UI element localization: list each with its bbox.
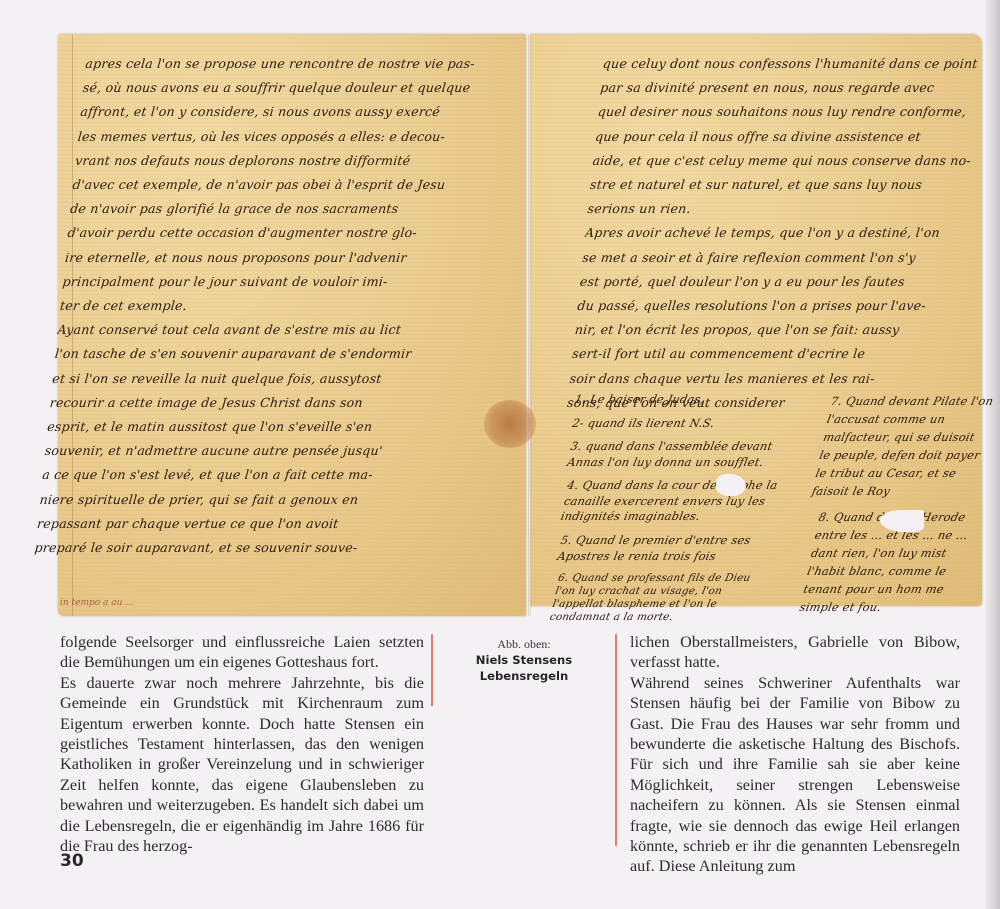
manuscript-line: ter de cet exemple. — [59, 294, 462, 318]
manuscript-line: ire eternelle, et nous nous proposons po… — [64, 246, 467, 270]
manuscript-line: sert-il fort util au commencement d'ecri… — [571, 342, 994, 366]
manuscript-line: esprit, et le matin aussitost que l'on s… — [46, 415, 449, 439]
list-item: 7.Quand devant Pilate l'on l'accusat com… — [810, 392, 998, 500]
paper-tear — [880, 510, 924, 532]
caption-rule-right — [615, 634, 617, 846]
list-item: 2-quand ils lierent N.S. — [571, 416, 789, 432]
manuscript-line: se met a seoir et à faire reflexion comm… — [581, 246, 1000, 270]
manuscript-margin-note: in tempo a au ... — [60, 598, 134, 608]
figure-caption: Abb. oben: Niels Stensens Lebensregeln — [432, 636, 616, 684]
list-item: 3.quand dans l'assemblée devant Annas l'… — [566, 439, 788, 470]
paragraph: Es dauerte zwar noch mehrere Jahrzehnte,… — [60, 673, 424, 857]
manuscript-line: quel desirer nous souhaitons nous luy re… — [596, 100, 1000, 124]
body-text-left-column: folgende Seelsorger und einflussreiche L… — [60, 632, 424, 856]
manuscript-line: soir dans chaque vertu les manieres et l… — [568, 367, 991, 391]
page-number: 30 — [60, 851, 84, 871]
manuscript-left-text: apres cela l'on se propose une rencontre… — [33, 52, 486, 560]
manuscript-line: repassant par chaque vertue ce que l'on … — [36, 512, 439, 536]
manuscript-line: recourir a cette image de Jesus Christ d… — [49, 391, 452, 415]
manuscript-line: que celuy dont nous confessons l'humanit… — [602, 52, 1000, 76]
manuscript-line: niere spirituelle de prier, qui se fait … — [38, 488, 441, 512]
manuscript-fold — [528, 34, 531, 616]
paragraph: lichen Oberstallmeisters, Gabrielle von … — [630, 632, 960, 673]
manuscript-line: apres cela l'on se propose une rencontre… — [84, 52, 487, 76]
manuscript-line: Ayant conservé tout cela avant de s'estr… — [56, 318, 459, 342]
manuscript-line: est porté, quel douleur l'on y a eu pour… — [579, 270, 1000, 294]
manuscript-line: Apres avoir achevé le temps, que l'on y … — [584, 221, 1000, 245]
paragraph: folgende Seelsorger und einflussreiche L… — [60, 632, 424, 673]
manuscript-line: et si l'on se reveille la nuit quelque f… — [51, 367, 454, 391]
list-item: 6.Quand se professant fils de Dieu l'on … — [549, 572, 775, 624]
manuscript-line: aide, et que c'est celuy meme qui nous c… — [591, 149, 1000, 173]
caption-label: Abb. oben: — [432, 636, 616, 652]
manuscript-line: de n'avoir pas glorifié la grace de nos … — [69, 197, 472, 221]
manuscript-stain — [484, 400, 536, 448]
manuscript-line: serions un rien. — [586, 197, 1000, 221]
manuscript-line: a ce que l'on s'est levé, et que l'on a … — [41, 463, 444, 487]
manuscript-right-text: que celuy dont nous confessons l'humanit… — [566, 52, 1000, 415]
manuscript-line: par sa divinité present en nous, nous re… — [599, 76, 1000, 100]
manuscript-line: du passé, quelles resolutions l'on a pri… — [576, 294, 999, 318]
manuscript-line: l'on tasche de s'en souvenir auparavant … — [54, 342, 457, 366]
manuscript-line: nir, et l'on écrit les propos, que l'on … — [574, 318, 997, 342]
list-item: 4.Quand dans la cour de Caiphe la canail… — [559, 478, 784, 525]
manuscript-line: vrant nos defauts nous deplorons nostre … — [74, 149, 477, 173]
body-text-right-column: lichen Oberstallmeisters, Gabrielle von … — [630, 632, 960, 877]
list-item: 5.Quand le premier d'entre ses Apostres … — [556, 533, 778, 564]
manuscript-line: d'avoir perdu cette occasion d'augmenter… — [66, 221, 469, 245]
manuscript-list-right: 7.Quand devant Pilate l'on l'accusat com… — [803, 392, 992, 624]
manuscript-line: preparé le soir auparavant, et se souven… — [33, 536, 436, 560]
manuscript-line: souvenir, et n'admettre aucune autre pen… — [43, 439, 446, 463]
manuscript-line: que pour cela il nous offre sa divine as… — [594, 125, 1000, 149]
manuscript-line: principalment pour le jour suivant de vo… — [61, 270, 464, 294]
manuscript-line: stre et naturel et sur naturel, et que s… — [589, 173, 1000, 197]
list-item: 1.Le baiser de Judas, — [573, 392, 791, 408]
manuscript-list-left: 1.Le baiser de Judas, 2-quand ils lieren… — [550, 392, 790, 632]
manuscript-line: d'avec cet exemple, de n'avoir pas obei … — [71, 173, 474, 197]
manuscript-line: sé, où nous avons eu a souffrir quelque … — [82, 76, 485, 100]
paper-tear — [716, 474, 746, 496]
paragraph: Während seines Schweriner Aufenthalts wa… — [630, 673, 960, 877]
manuscript-line: affront, et l'on y considere, si nous av… — [79, 100, 482, 124]
caption-title: Niels Stensens Lebensregeln — [432, 652, 616, 684]
manuscript-line: les memes vertus, où les vices opposés a… — [77, 125, 480, 149]
